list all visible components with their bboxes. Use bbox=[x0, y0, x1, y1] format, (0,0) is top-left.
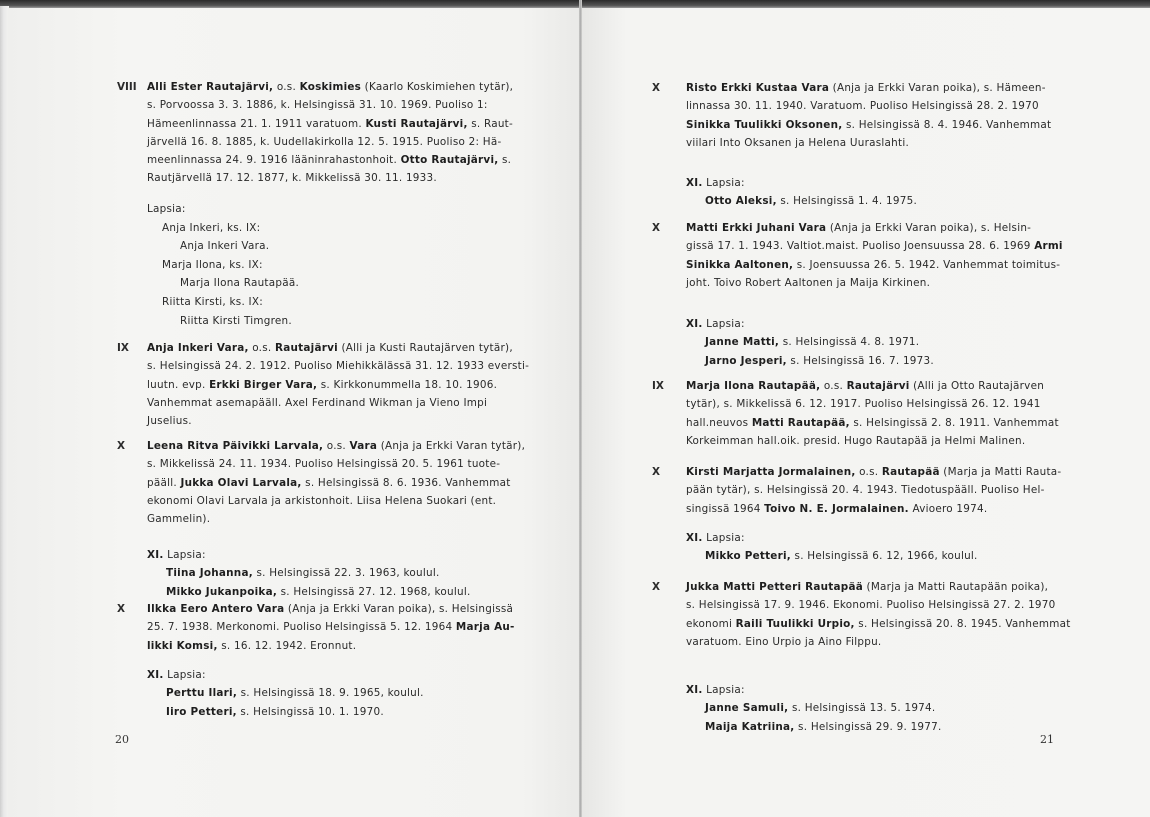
child-generation-label: XI. bbox=[147, 669, 164, 681]
child-generation-label: XI. bbox=[686, 177, 703, 189]
text-run: joht. Toivo Robert Aaltonen ja Maija Kir… bbox=[686, 277, 930, 289]
children-list: XI. Lapsia:Tiina Johanna, s. Helsingissä… bbox=[147, 546, 471, 601]
bold-name: Kirsti Marjatta Jormalainen, bbox=[686, 466, 856, 478]
page-number-left: 20 bbox=[115, 733, 129, 746]
bold-name: Janne Samuli, bbox=[705, 702, 788, 714]
child-item: Anja Inkeri, ks. IX: bbox=[147, 219, 299, 238]
genealogy-entry: Leena Ritva Päivikki Larvala, o.s. Vara … bbox=[147, 437, 475, 528]
entry-line: pään tytär), s. Helsingissä 20. 4. 1943.… bbox=[686, 481, 1014, 499]
text-run: pääll. bbox=[147, 477, 180, 489]
text-run: meenlinnassa 24. 9. 1916 lääninrahastonh… bbox=[147, 154, 401, 166]
entry-line: likki Komsi, s. 16. 12. 1942. Eronnut. bbox=[147, 637, 475, 655]
text-run: (Anja ja Erkki Varan tytär), bbox=[377, 440, 525, 452]
entry-line: Alli Ester Rautajärvi, o.s. Koskimies (K… bbox=[147, 78, 475, 96]
entry-line: luutn. evp. Erkki Birger Vara, s. Kirkko… bbox=[147, 376, 475, 394]
bold-name: Toivo N. E. Jormalainen. bbox=[764, 503, 909, 515]
entry-line: s. Helsingissä 24. 2. 1912. Puoliso Mieh… bbox=[147, 357, 475, 375]
generation-label: X bbox=[652, 219, 660, 237]
text-run: (Marja ja Matti Rautapään poika), bbox=[863, 581, 1048, 593]
bold-name: Jarno Jesperi, bbox=[705, 355, 787, 367]
bold-name: Mikko Petteri, bbox=[705, 550, 791, 562]
entry-line: meenlinnassa 24. 9. 1916 lääninrahastonh… bbox=[147, 151, 475, 169]
children-list: XI. Lapsia:Mikko Petteri, s. Helsingissä… bbox=[686, 529, 978, 566]
text-run: s. Helsingissä 27. 12. 1968, koulul. bbox=[277, 586, 471, 598]
entry-line: s. Mikkelissä 24. 11. 1934. Puoliso Hels… bbox=[147, 455, 475, 473]
entry-line: gissä 17. 1. 1943. Valtiot.maist. Puolis… bbox=[686, 237, 1014, 255]
text-run: (Marja ja Matti Rauta- bbox=[940, 466, 1062, 478]
bold-name: Erkki Birger Vara, bbox=[209, 379, 317, 391]
entry-line: Jukka Matti Petteri Rautapää (Marja ja M… bbox=[686, 578, 1014, 596]
bold-name: Armi bbox=[1034, 240, 1063, 252]
bold-name: Anja Inkeri Vara, bbox=[147, 342, 249, 354]
entry-line: Matti Erkki Juhani Vara (Anja ja Erkki V… bbox=[686, 219, 1014, 237]
bold-name: Jukka Matti Petteri Rautapää bbox=[686, 581, 863, 593]
children-list: XI. Lapsia:Janne Matti, s. Helsingissä 4… bbox=[686, 315, 934, 370]
child-item: Perttu Ilari, s. Helsingissä 18. 9. 1965… bbox=[147, 684, 424, 702]
text-run: hall.neuvos bbox=[686, 417, 752, 429]
text-run: o.s. bbox=[820, 380, 846, 392]
text-run: Korkeimman hall.oik. presid. Hugo Rautap… bbox=[686, 435, 1025, 447]
child-reference: Riitta Kirsti Timgren. bbox=[147, 312, 299, 331]
text-run: 25. 7. 1938. Merkonomi. Puoliso Helsingi… bbox=[147, 621, 456, 633]
bold-name: Mikko Jukanpoika, bbox=[166, 586, 277, 598]
bold-name: Janne Matti, bbox=[705, 336, 779, 348]
child-item: Marja Ilona, ks. IX: bbox=[147, 256, 299, 275]
generation-label: IX bbox=[652, 377, 664, 395]
text-run: o.s. bbox=[273, 81, 299, 93]
entry-line: Korkeimman hall.oik. presid. Hugo Rautap… bbox=[686, 432, 1014, 450]
genealogy-entry: Marja Ilona Rautapää, o.s. Rautajärvi (A… bbox=[686, 377, 1014, 450]
text-run: s. Helsingissä 17. 9. 1946. Ekonomi. Puo… bbox=[686, 599, 1056, 611]
text-run: Vanhemmat asemapääll. Axel Ferdinand Wik… bbox=[147, 397, 487, 409]
text-run: Juselius. bbox=[147, 415, 192, 427]
bold-name: Iiro Petteri, bbox=[166, 706, 237, 718]
bold-name: Jukka Olavi Larvala, bbox=[180, 477, 301, 489]
text-run: s. bbox=[498, 154, 511, 166]
text-run: s. Helsingissä 8. 4. 1946. Vanhemmat bbox=[842, 119, 1051, 131]
entry-line: Marja Ilona Rautapää, o.s. Rautajärvi (A… bbox=[686, 377, 1014, 395]
bold-name: Leena Ritva Päivikki Larvala, bbox=[147, 440, 323, 452]
bold-name: Raili Tuulikki Urpio, bbox=[736, 618, 855, 630]
bold-name: Otto Rautajärvi, bbox=[401, 154, 499, 166]
entry-line: 25. 7. 1938. Merkonomi. Puoliso Helsingi… bbox=[147, 618, 475, 636]
text-run: s. Joensuussa 26. 5. 1942. Vanhemmat toi… bbox=[793, 259, 1060, 271]
text-run: Rautjärvellä 17. 12. 1877, k. Mikkelissä… bbox=[147, 172, 437, 184]
child-generation-label: XI. bbox=[686, 318, 703, 330]
entry-line: Kirsti Marjatta Jormalainen, o.s. Rautap… bbox=[686, 463, 1014, 481]
bold-name: Tiina Johanna, bbox=[166, 567, 253, 579]
generation-label: VIII bbox=[117, 78, 137, 96]
entry-line: Anja Inkeri Vara, o.s. Rautajärvi (Alli … bbox=[147, 339, 475, 357]
genealogy-entry: Kirsti Marjatta Jormalainen, o.s. Rautap… bbox=[686, 463, 1014, 518]
bold-name: Sinikka Tuulikki Oksonen, bbox=[686, 119, 842, 131]
scan-top-edge bbox=[0, 0, 1150, 8]
genealogy-entry: Jukka Matti Petteri Rautapää (Marja ja M… bbox=[686, 578, 1014, 651]
bold-name: Risto Erkki Kustaa Vara bbox=[686, 82, 829, 94]
text-run: Hämeenlinnassa 21. 1. 1911 varatuom. bbox=[147, 118, 365, 130]
child-reference: Anja Inkeri Vara. bbox=[147, 237, 299, 256]
text-run: ekonomi bbox=[686, 618, 736, 630]
generation-label: X bbox=[652, 79, 660, 97]
entry-line: ekonomi Raili Tuulikki Urpio, s. Helsing… bbox=[686, 615, 1014, 633]
text-run: Gammelin). bbox=[147, 513, 210, 525]
text-run: s. Helsingissä 24. 2. 1912. Puoliso Mieh… bbox=[147, 360, 529, 372]
text-run: linnassa 30. 11. 1940. Varatuom. Puoliso… bbox=[686, 100, 1039, 112]
text-run: s. Helsingissä 4. 8. 1971. bbox=[779, 336, 919, 348]
children-list: XI. Lapsia:Perttu Ilari, s. Helsingissä … bbox=[147, 666, 424, 721]
book-spine bbox=[579, 0, 582, 817]
children-list: XI. Lapsia:Otto Aleksi, s. Helsingissä 1… bbox=[686, 174, 917, 211]
text-run: (Alli ja Kusti Rautajärven tytär), bbox=[338, 342, 513, 354]
bold-name: Rautajärvi bbox=[847, 380, 910, 392]
entry-line: Rautjärvellä 17. 12. 1877, k. Mikkelissä… bbox=[147, 169, 475, 187]
bold-name: Matti Rautapää, bbox=[752, 417, 850, 429]
entry-line: viilari Into Oksanen ja Helena Uuraslaht… bbox=[686, 134, 1014, 152]
text-run: s. Helsingissä 8. 6. 1936. Vanhemmat bbox=[302, 477, 511, 489]
text-run: s. 16. 12. 1942. Eronnut. bbox=[218, 640, 357, 652]
text-run: s. Helsingissä 20. 8. 1945. Vanhemmat bbox=[855, 618, 1071, 630]
entry-line: s. Porvoossa 3. 3. 1886, k. Helsingissä … bbox=[147, 96, 475, 114]
text-run: o.s. bbox=[323, 440, 349, 452]
text-run: (Anja ja Erkki Varan poika), s. Helsin- bbox=[826, 222, 1031, 234]
bold-name: Rautajärvi bbox=[275, 342, 338, 354]
genealogy-entry: Risto Erkki Kustaa Vara (Anja ja Erkki V… bbox=[686, 79, 1014, 152]
text-run: ekonomi Olavi Larvala ja arkistonhoit. L… bbox=[147, 495, 496, 507]
text-run: s. Helsingissä 29. 9. 1977. bbox=[795, 721, 942, 733]
text-run: s. Helsingissä 18. 9. 1965, koulul. bbox=[237, 687, 424, 699]
text-run: s. Helsingissä 1. 4. 1975. bbox=[777, 195, 917, 207]
bold-name: Marja Au- bbox=[456, 621, 515, 633]
bold-name: Vara bbox=[350, 440, 378, 452]
bold-name: Ilkka Eero Antero Vara bbox=[147, 603, 284, 615]
text-run: s. Helsingissä 13. 5. 1974. bbox=[788, 702, 935, 714]
entry-line: Juselius. bbox=[147, 412, 475, 430]
text-run: s. Helsingissä 10. 1. 1970. bbox=[237, 706, 384, 718]
generation-label: X bbox=[652, 463, 660, 481]
entry-line: Sinikka Aaltonen, s. Joensuussa 26. 5. 1… bbox=[686, 256, 1014, 274]
child-item: Otto Aleksi, s. Helsingissä 1. 4. 1975. bbox=[686, 192, 917, 210]
text-run: s. Helsingissä 2. 8. 1911. Vanhemmat bbox=[850, 417, 1059, 429]
child-item: Iiro Petteri, s. Helsingissä 10. 1. 1970… bbox=[147, 703, 424, 721]
entry-line: pääll. Jukka Olavi Larvala, s. Helsingis… bbox=[147, 474, 475, 492]
text-run: o.s. bbox=[856, 466, 882, 478]
entry-line: Leena Ritva Päivikki Larvala, o.s. Vara … bbox=[147, 437, 475, 455]
bold-name: likki Komsi, bbox=[147, 640, 218, 652]
children-label: Lapsia: bbox=[164, 669, 206, 681]
text-run: järvellä 16. 8. 1885, k. Uudellakirkolla… bbox=[147, 136, 501, 148]
entry-line: Vanhemmat asemapääll. Axel Ferdinand Wik… bbox=[147, 394, 475, 412]
generation-label: X bbox=[652, 578, 660, 596]
entry-line: linnassa 30. 11. 1940. Varatuom. Puoliso… bbox=[686, 97, 1014, 115]
children-label: Lapsia: bbox=[703, 684, 745, 696]
child-item: Maija Katriina, s. Helsingissä 29. 9. 19… bbox=[686, 718, 942, 736]
child-generation-label: XI. bbox=[686, 684, 703, 696]
genealogy-entry: Anja Inkeri Vara, o.s. Rautajärvi (Alli … bbox=[147, 339, 475, 430]
bold-name: Matti Erkki Juhani Vara bbox=[686, 222, 826, 234]
bold-name: Perttu Ilari, bbox=[166, 687, 237, 699]
children-list: XI. Lapsia:Janne Samuli, s. Helsingissä … bbox=[686, 681, 942, 736]
text-run: (Alli ja Otto Rautajärven bbox=[910, 380, 1045, 392]
entry-line: Risto Erkki Kustaa Vara (Anja ja Erkki V… bbox=[686, 79, 1014, 97]
text-run: varatuom. Eino Urpio ja Aino Filppu. bbox=[686, 636, 882, 648]
child-reference: Marja Ilona Rautapää. bbox=[147, 274, 299, 293]
bold-name: Rautapää bbox=[882, 466, 940, 478]
entry-line: Gammelin). bbox=[147, 510, 475, 528]
children-label: Lapsia: bbox=[703, 532, 745, 544]
entry-line: hall.neuvos Matti Rautapää, s. Helsingis… bbox=[686, 414, 1014, 432]
bold-name: Marja Ilona Rautapää, bbox=[686, 380, 820, 392]
genealogy-entry: Alli Ester Rautajärvi, o.s. Koskimies (K… bbox=[147, 78, 475, 188]
children-label: Lapsia: bbox=[164, 549, 206, 561]
child-item: Janne Matti, s. Helsingissä 4. 8. 1971. bbox=[686, 333, 934, 351]
entry-line: Sinikka Tuulikki Oksonen, s. Helsingissä… bbox=[686, 116, 1014, 134]
text-run: singissä 1964 bbox=[686, 503, 764, 515]
text-run: o.s. bbox=[249, 342, 275, 354]
bold-name: Koskimies bbox=[300, 81, 362, 93]
text-run: (Anja ja Erkki Varan poika), s. Helsingi… bbox=[284, 603, 513, 615]
text-run: Avioero 1974. bbox=[909, 503, 988, 515]
text-run: (Anja ja Erkki Varan poika), s. Hämeen- bbox=[829, 82, 1046, 94]
child-item: Mikko Petteri, s. Helsingissä 6. 12, 196… bbox=[686, 547, 978, 565]
text-run: s. Helsingissä 16. 7. 1973. bbox=[787, 355, 934, 367]
child-item: Riitta Kirsti, ks. IX: bbox=[147, 293, 299, 312]
entry-line: joht. Toivo Robert Aaltonen ja Maija Kir… bbox=[686, 274, 1014, 292]
bold-name: Sinikka Aaltonen, bbox=[686, 259, 793, 271]
page-number-right: 21 bbox=[1040, 733, 1054, 746]
entry-line: s. Helsingissä 17. 9. 1946. Ekonomi. Puo… bbox=[686, 596, 1014, 614]
bold-name: Otto Aleksi, bbox=[705, 195, 777, 207]
text-run: s. Helsingissä 22. 3. 1963, koulul. bbox=[253, 567, 440, 579]
child-generation-label: XI. bbox=[147, 549, 164, 561]
bold-name: Kusti Rautajärvi, bbox=[365, 118, 467, 130]
genealogy-entry: Matti Erkki Juhani Vara (Anja ja Erkki V… bbox=[686, 219, 1014, 292]
entry-line: varatuom. Eino Urpio ja Aino Filppu. bbox=[686, 633, 1014, 651]
generation-label: X bbox=[117, 437, 125, 455]
text-run: pään tytär), s. Helsingissä 20. 4. 1943.… bbox=[686, 484, 1045, 496]
generation-label: X bbox=[117, 600, 125, 618]
entry-line: Hämeenlinnassa 21. 1. 1911 varatuom. Kus… bbox=[147, 115, 475, 133]
text-run: viilari Into Oksanen ja Helena Uuraslaht… bbox=[686, 137, 909, 149]
bold-name: Alli Ester Rautajärvi, bbox=[147, 81, 273, 93]
child-item: Tiina Johanna, s. Helsingissä 22. 3. 196… bbox=[147, 564, 471, 582]
entry-line: ekonomi Olavi Larvala ja arkistonhoit. L… bbox=[147, 492, 475, 510]
text-run: s. Porvoossa 3. 3. 1886, k. Helsingissä … bbox=[147, 99, 488, 111]
text-run: luutn. evp. bbox=[147, 379, 209, 391]
text-run: gissä 17. 1. 1943. Valtiot.maist. Puolis… bbox=[686, 240, 1034, 252]
text-run: s. Raut- bbox=[468, 118, 513, 130]
entry-line: järvellä 16. 8. 1885, k. Uudellakirkolla… bbox=[147, 133, 475, 151]
text-run: s. Helsingissä 6. 12, 1966, koulul. bbox=[791, 550, 978, 562]
entry-line: tytär), s. Mikkelissä 6. 12. 1917. Puoli… bbox=[686, 395, 1014, 413]
child-generation-label: XI. bbox=[686, 532, 703, 544]
text-run: tytär), s. Mikkelissä 6. 12. 1917. Puoli… bbox=[686, 398, 1041, 410]
child-item: Jarno Jesperi, s. Helsingissä 16. 7. 197… bbox=[686, 352, 934, 370]
entry-line: singissä 1964 Toivo N. E. Jormalainen. A… bbox=[686, 500, 1014, 518]
text-run: (Kaarlo Koskimiehen tytär), bbox=[361, 81, 513, 93]
children-list: Lapsia:Anja Inkeri, ks. IX:Anja Inkeri V… bbox=[147, 200, 299, 330]
text-run: s. Mikkelissä 24. 11. 1934. Puoliso Hels… bbox=[147, 458, 500, 470]
generation-label: IX bbox=[117, 339, 129, 357]
bold-name: Maija Katriina, bbox=[705, 721, 795, 733]
child-item: Janne Samuli, s. Helsingissä 13. 5. 1974… bbox=[686, 699, 942, 717]
children-label: Lapsia: bbox=[147, 200, 299, 219]
children-label: Lapsia: bbox=[703, 318, 745, 330]
text-run: s. Kirkkonummella 18. 10. 1906. bbox=[317, 379, 497, 391]
entry-line: Ilkka Eero Antero Vara (Anja ja Erkki Va… bbox=[147, 600, 475, 618]
children-label: Lapsia: bbox=[703, 177, 745, 189]
genealogy-entry: Ilkka Eero Antero Vara (Anja ja Erkki Va… bbox=[147, 600, 475, 655]
child-item: Mikko Jukanpoika, s. Helsingissä 27. 12.… bbox=[147, 583, 471, 601]
